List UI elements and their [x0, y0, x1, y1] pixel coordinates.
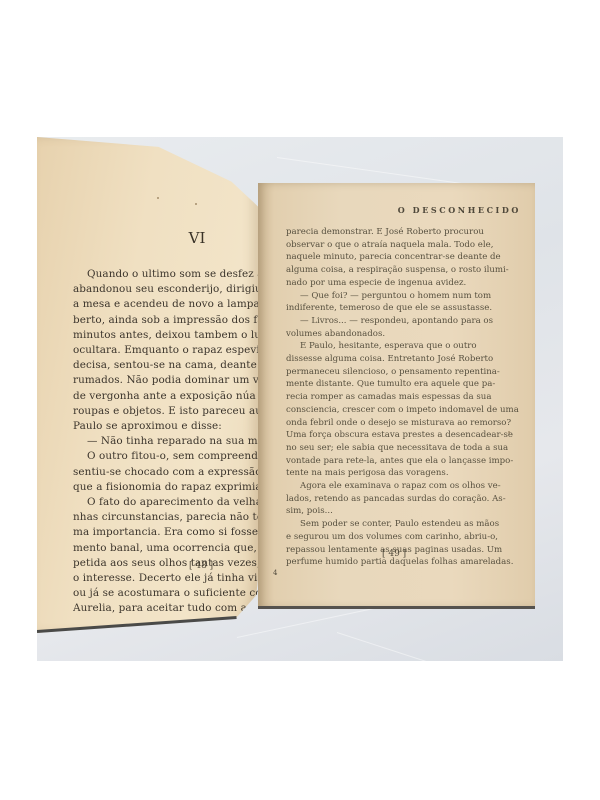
text-line: — Não tinha reparado na sua mala. [73, 434, 273, 449]
text-line: Uma força obscura estava prestes a desen… [286, 429, 522, 442]
text-line: que a fisionomia do rapaz exprimia. [73, 480, 273, 495]
text-line: O fato do aparecimento da velha em tão e… [73, 495, 273, 510]
text-line: mente distante. Que tumulto era aquele q… [286, 378, 522, 391]
right-page: O DESCONHECIDO parecia demonstrar. E Jos… [258, 183, 535, 608]
text-line: nado por uma especie de ingenua avidez. [286, 277, 522, 290]
left-page-body: Quando o ultimo som se desfez ao longe, … [73, 267, 273, 617]
text-line: o interesse. Decerto ele já tinha visto … [73, 571, 273, 586]
text-line: — Livros... — respondeu, apontando para … [286, 315, 522, 328]
page-number-left: [ 48 ] [189, 561, 213, 571]
right-page-body: parecia demonstrar. E José Roberto procu… [286, 226, 522, 569]
text-line: minutos antes, deixou tambem o lugar em … [73, 328, 273, 343]
text-line: naquele minuto, parecia concentrar-se de… [286, 251, 522, 264]
text-line: ocultara. Emquanto o rapaz espevitava a … [73, 343, 273, 358]
text-line: indiferente, temeroso de que ele se assu… [286, 302, 522, 315]
right-page-edge [258, 606, 535, 609]
text-line: lados, retendo as pancadas surdas do cor… [286, 493, 522, 506]
text-line: berto, ainda sob a impressão dos fatos p… [73, 313, 273, 328]
text-line: a mesa e acendeu de novo a lamparina. Jo… [73, 297, 273, 312]
paper-speck [508, 431, 510, 433]
text-line: O outro fitou-o, sem compreender. E êste… [73, 449, 273, 464]
text-line: e segurou um dos volumes com carinho, ab… [286, 531, 522, 544]
text-line: Sem poder se conter, Paulo estendeu as m… [286, 518, 522, 531]
text-line: petida aos seus olhos tantas vezes, perd… [73, 556, 273, 571]
text-line: recia romper as camadas mais espessas da… [286, 391, 522, 404]
text-line: rumados. Não podia dominar um vago senti… [73, 373, 273, 388]
book-photo: O DESCONHECIDO parecia demonstrar. E Jos… [37, 137, 563, 661]
page-number-right: [ 49 ] [382, 549, 406, 559]
text-line: sentiu-se chocado com a expressão de cur… [73, 465, 273, 480]
text-line: vontade para rete-la, antes que ela o la… [286, 455, 522, 468]
text-line: sim, pois... [286, 505, 522, 518]
text-line: decisa, sentou-se na cama, deante dos ob… [73, 358, 273, 373]
text-line: permaneceu silencioso, o pensamento repe… [286, 366, 522, 379]
text-line: volumes abandonados. [286, 328, 522, 341]
text-line: Quando o ultimo som se desfez ao longe, … [73, 267, 273, 282]
surface-crease [277, 157, 475, 186]
paper-speck [157, 197, 159, 199]
text-line: dissesse alguma coisa. Entretanto José R… [286, 353, 522, 366]
text-line: consciencia, crescer com o impeto indoma… [286, 404, 522, 417]
text-line: ou já se acostumara o suficiente com os … [73, 586, 273, 601]
text-line: mento banal, uma ocorrencia que, por ter… [73, 541, 273, 556]
text-line: — Que foi? — perguntou o homem num tom [286, 290, 522, 303]
text-line: roupas e objetos. E isto pareceu aumenta… [73, 404, 273, 419]
paper-speck [195, 203, 197, 205]
text-line: observar o que o atraía naquela mala. To… [286, 239, 522, 252]
text-line: E Paulo, hesitante, esperava que o outro [286, 340, 522, 353]
text-line: parecia demonstrar. E José Roberto procu… [286, 226, 522, 239]
signature-mark: 4 [273, 569, 277, 577]
text-line: tente na mais perigosa das voragens. [286, 467, 522, 480]
text-line: nhas circunstancias, parecia não ter par… [73, 510, 273, 525]
text-line: alguma coisa, a respiração suspensa, o r… [286, 264, 522, 277]
running-head: O DESCONHECIDO [398, 205, 521, 215]
text-line: no seu ser; ele sabia que necessitava de… [286, 442, 522, 455]
text-line: Paulo se aproximou e disse: [73, 419, 273, 434]
text-line: onda febril onde o desejo se misturava a… [286, 417, 522, 430]
text-line: Agora ele examinava o rapaz com os olhos… [286, 480, 522, 493]
text-line: ma importancia. Era como si fosse um aco… [73, 525, 273, 540]
text-line: Aurelia, para aceitar tudo com a displic… [73, 601, 273, 616]
left-page: VI Quando o ultimo som se desfez ao long… [37, 137, 258, 633]
surface-crease [337, 632, 489, 661]
text-line: abandonou seu esconderijo, dirigiu-se ta… [73, 282, 273, 297]
text-line: de vergonha ante a exposição núa das sua… [73, 389, 273, 404]
